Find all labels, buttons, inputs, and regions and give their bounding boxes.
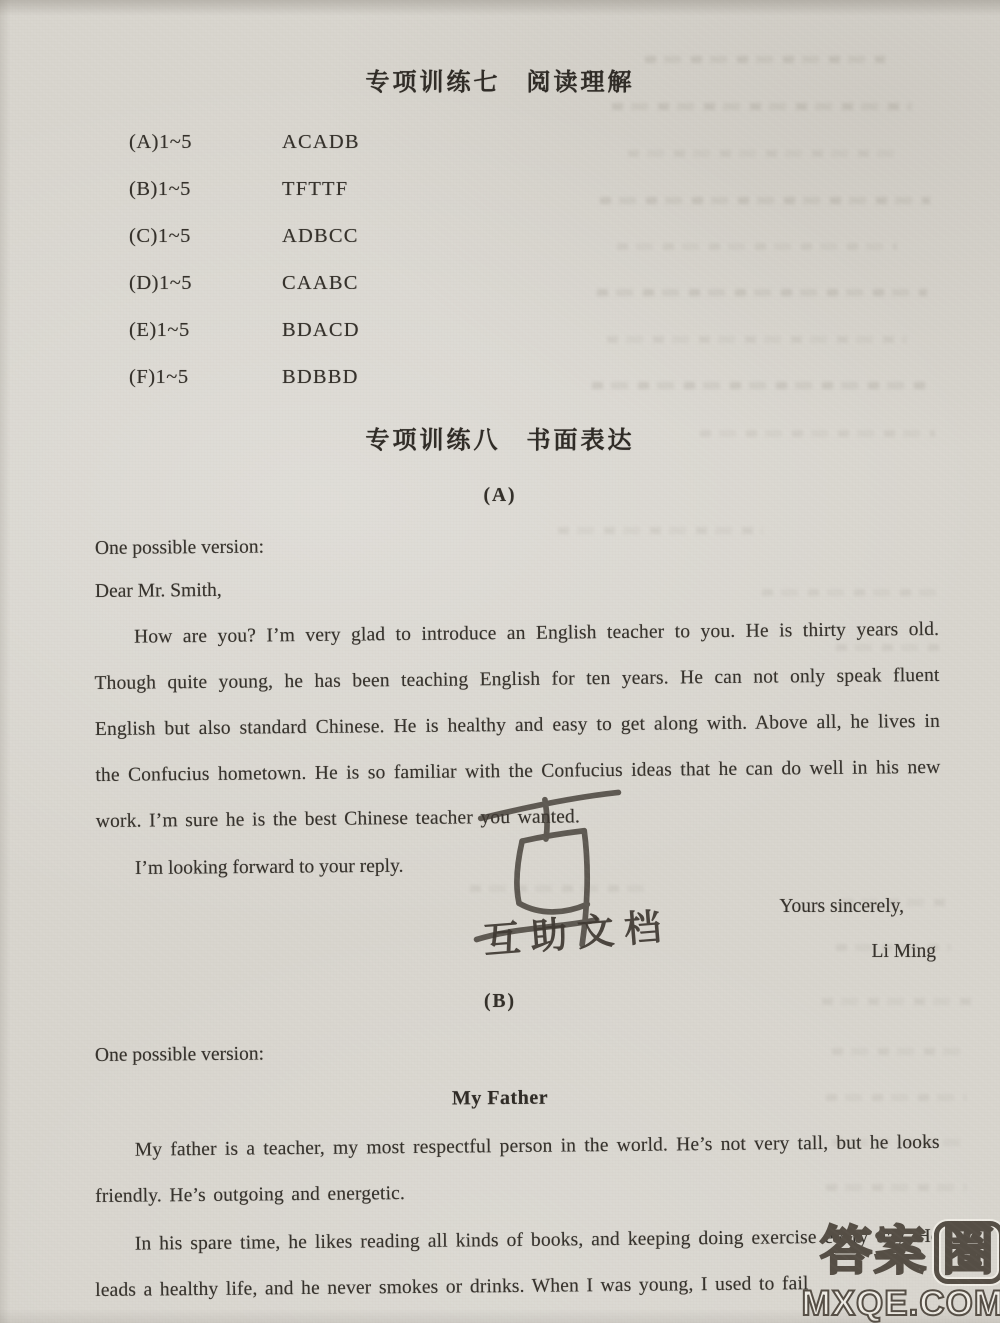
bleed-through-mark (617, 243, 897, 250)
site-watermark: 答案圈 MXQE.COM (802, 1221, 1000, 1321)
answer-label: (E)1~5 (129, 319, 282, 342)
answer-value: CAABC (282, 272, 359, 295)
watermark-boxed-character: 圈 (934, 1221, 1000, 1284)
part-b-intro: One possible version: (95, 1044, 264, 1067)
part-b-heading: (B) (0, 991, 1000, 1013)
bleed-through-mark (612, 103, 912, 110)
section-reading-title: 专项训练七阅读理解 (0, 62, 1000, 97)
answer-row: (C)1~5 ADBCC (129, 225, 360, 272)
scanned-answer-page: 专项训练七阅读理解 (A)1~5 ACADB (B)1~5 TFTTF (C)1… (0, 0, 1000, 1323)
answer-row: (A)1~5 ACADB (129, 131, 360, 178)
part-a-salutation: Dear Mr. Smith, (95, 580, 222, 603)
answer-label: (A)1~5 (129, 131, 282, 154)
scan-edge-shadow-top (0, 0, 1000, 16)
bleed-through-mark (592, 382, 932, 389)
part-a-heading: (A) (0, 485, 1000, 507)
letter-signature: Li Ming (872, 941, 936, 963)
answer-label: (D)1~5 (129, 272, 282, 295)
answer-row: (F)1~5 BDBBD (129, 366, 360, 413)
answer-value: BDBBD (282, 366, 359, 389)
answer-label: (C)1~5 (129, 225, 282, 248)
essay-paragraph-1: My father is a teacher, my most respectf… (95, 1120, 941, 1220)
answer-row: (D)1~5 CAABC (129, 272, 360, 319)
bleed-through-mark (762, 589, 937, 596)
letter-sign-off: Yours sincerely, (779, 896, 904, 918)
bleed-through-mark (600, 197, 930, 204)
bleed-through-mark (607, 336, 907, 343)
answer-value: TFTTF (282, 178, 348, 201)
section-writing-title: 专项训练八书面表达 (0, 420, 1000, 455)
answer-row: (E)1~5 BDACD (129, 319, 360, 366)
section-writing-title-name: 书面表达 (527, 427, 635, 454)
part-a-intro: One possible version: (95, 537, 264, 560)
bleed-through-mark (597, 289, 927, 296)
scan-edge-shadow-left (0, 0, 10, 1323)
answer-list: (A)1~5 ACADB (B)1~5 TFTTF (C)1~5 ADBCC (… (129, 131, 360, 413)
answer-label: (F)1~5 (129, 366, 282, 389)
answer-value: ACADB (282, 131, 360, 154)
bleed-through-mark (628, 150, 903, 157)
answer-value: BDACD (282, 319, 360, 342)
section-reading-title-name: 阅读理解 (527, 69, 635, 96)
bleed-through-mark (558, 527, 763, 534)
answer-label: (B)1~5 (129, 178, 282, 201)
section-writing-title-number: 专项训练八 (366, 427, 501, 454)
watermark-domain-text: MXQE.COM (802, 1286, 1000, 1321)
letter-closing-line: I’m looking forward to your reply. (135, 856, 404, 880)
answer-row: (B)1~5 TFTTF (129, 178, 360, 225)
essay-title: My Father (0, 1084, 1000, 1114)
watermark-brand-line: 答案圈 (802, 1221, 1000, 1284)
answer-value: ADBCC (282, 225, 359, 248)
watermark-brand-text: 答案 (820, 1223, 928, 1281)
section-reading-title-number: 专项训练七 (366, 69, 501, 96)
bleed-through-mark (832, 1048, 962, 1055)
